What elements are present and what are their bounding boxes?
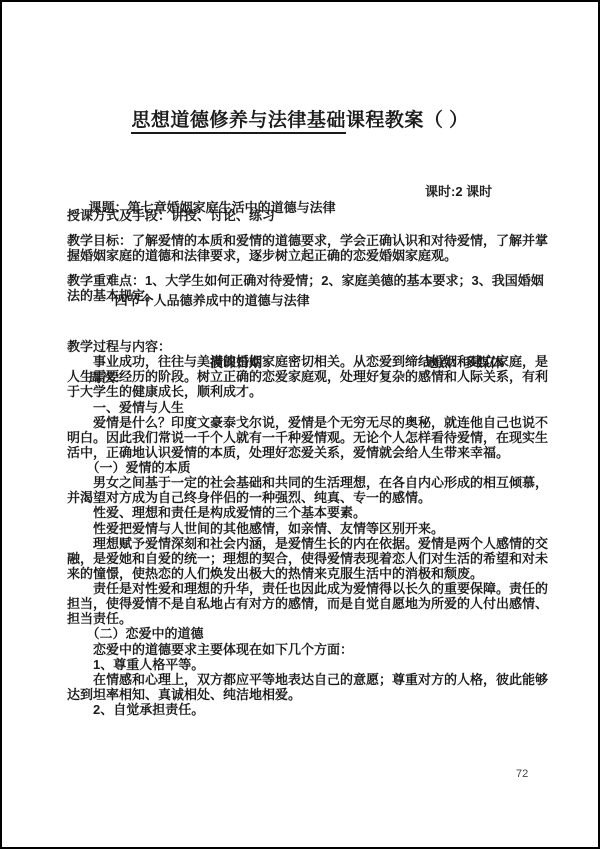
page-number: 72 — [516, 768, 528, 780]
text-line: 教学重难点：1、大学生如何正确对待爱情；2、家庭美德的基本要求；3、我国婚姻 — [67, 273, 554, 288]
class-hours-label: 课时:2 课时 — [425, 184, 492, 200]
text-line: 性爱把爱情与人世间的其他感情，如亲情、友情等区别开来。 — [67, 521, 554, 536]
text-line: 1、尊重人格平等。 — [67, 657, 554, 672]
teaching-method-line: 授课方式及手段：讲授、讨论、练习 — [67, 208, 557, 223]
text-line: 教学目标：了解爱情的本质和爱情的道德要求，学会正确认识和对待爱情，了解并掌 — [67, 233, 554, 248]
title-rest-text: 课程教案（ ） — [346, 110, 469, 131]
text-line: 担当责任。 — [67, 611, 554, 626]
text-line: 握婚姻家庭的道德和法律要求，逐步树立起正确的恋爱婚姻家庭观。 — [67, 248, 554, 263]
text-line: 明白。因此我们常说一千个人就有一千种爱情观。无论个人怎样看待爱情，在现实生 — [67, 430, 554, 445]
text-line: 责任是对性爱和理想的升华，责任也因此成为爱情得以长久的重要保障。责任的 — [67, 581, 554, 596]
text-line: 活中，正确地认识爱情的本质，处理好恋爱关系，爱情就会给人生带来幸福。 — [67, 445, 554, 460]
text-line: 一、爱情与人生 — [67, 400, 554, 415]
text-line: 人生需要经历的阶段。树立正确的恋爱家庭观，处理好复杂的感情和人际关系，有利 — [67, 369, 554, 384]
text-line: 教学过程与内容： — [67, 339, 554, 354]
title-underlined-text: 思想道德修养与法律基础 — [131, 110, 346, 134]
text-line: （二）恋爱中的道德 — [67, 626, 554, 641]
text-line: 事业成功，往往与美满的婚姻家庭密切相关。从恋爱到缔结婚姻和建立家庭，是 — [67, 354, 554, 369]
page-title: 思想道德修养与法律基础课程教案（ ） — [2, 105, 598, 132]
text-line: 在情感和心理上，双方都应平等地表达自己的意愿；尊重对方的人格，彼此能够 — [67, 672, 554, 687]
text-line: 爱情是什么？印度文豪泰戈尔说，爱情是个无穷无尽的奥秘，就连他自己也说不 — [67, 415, 554, 430]
text-line: 达到坦率相知、真诚相处、纯洁地相爱。 — [67, 687, 554, 702]
text-line: 性爱、理想和责任是构成爱情的三个基本要素。 — [67, 505, 554, 520]
text-line: 男女之间基于一定的社会基础和共同的生活理想，在各自内心形成的相互倾慕， — [67, 475, 554, 490]
teaching-goal-paragraph: 教学目标：了解爱情的本质和爱情的道德要求，学会正确认识和对待爱情，了解并掌握婚姻… — [67, 233, 554, 263]
text-line: 融，是爱她和自爱的统一；理想的契合，使得爱情表现着恋人们对生活的希望和对未 — [67, 551, 554, 566]
teaching-process-body: 教学过程与内容： 事业成功，往往与美满的婚姻家庭密切相关。从恋爱到缔结婚姻和建立… — [67, 339, 554, 717]
text-line: 担当，使得爱情不是自私地占有对方的感情，而是自觉自愿地为所爱的人付出感情、 — [67, 596, 554, 611]
text-line: 于大学生的健康成长，顺利成才。 — [67, 384, 554, 399]
teaching-keypoints-paragraph: 教学重难点：1、大学生如何正确对待爱情；2、家庭美德的基本要求；3、我国婚姻法的… — [67, 273, 554, 303]
scanned-document-page: 思想道德修养与法律基础课程教案（ ） 课题：第七章婚姻家庭生活中的道德与法律 课… — [0, 0, 600, 849]
text-line: （一）爱情的本质 — [67, 460, 554, 475]
text-line: 法的基本规定。 — [67, 288, 554, 303]
text-line: 来的憧憬，使热恋的人们焕发出极大的热情来克服生活中的消极和颓废。 — [67, 566, 554, 581]
text-line: 并渴望对方成为自己终身伴侣的一种强烈、纯真、专一的感情。 — [67, 490, 554, 505]
text-line: 2、自觉承担责任。 — [67, 702, 554, 717]
text-line: 恋爱中的道德要求主要体现在如下几个方面： — [67, 642, 554, 657]
text-line: 理想赋予爱情深刻和社会内涵，是爱情生长的内在依据。爱情是两个人感情的交 — [67, 536, 554, 551]
